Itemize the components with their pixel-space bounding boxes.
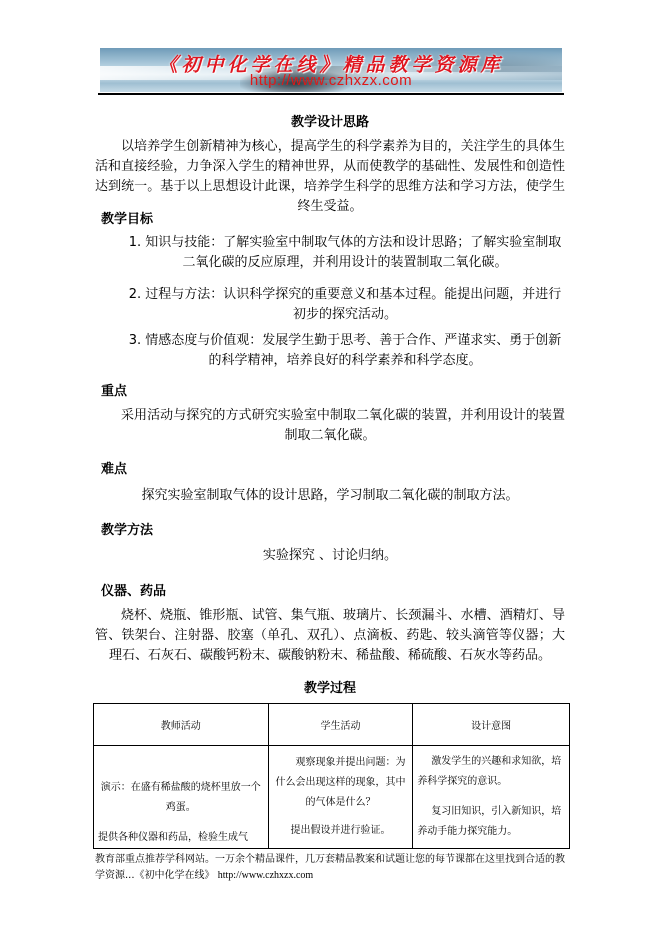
banner-url[interactable]: http://www.czhxzx.com: [100, 72, 562, 89]
column-header-intent: 设计意图: [413, 704, 570, 746]
student-activity-cell: 观察现象并提出问题：为什么会出现这样的现象，其中的气体是什么？ 提出假设并进行验…: [268, 746, 413, 849]
table-header-row: 教师活动 学生活动 设计意图: [94, 704, 570, 746]
difficulty-heading: 难点: [101, 458, 127, 477]
teacher-activity-line: 提供各种仪器和药品，检验生成气: [98, 828, 264, 848]
teacher-activity-line: 演示：在盛有稀盐酸的烧杯里放一个鸡蛋。: [98, 778, 264, 828]
site-banner: 《初中化学在线》精品教学资源库 http://www.czhxzx.com: [100, 48, 562, 92]
design-intent-cell: 激发学生的兴趣和求知欲，培养科学探究的意识。 复习旧知识，引入新知识，培养动手能…: [413, 746, 570, 849]
materials-text: 烧杯、烧瓶、锥形瓶、试管、集气瓶、玻璃片、长颈漏斗、水槽、酒精灯、导管、铁架台、…: [95, 606, 565, 666]
difficulty-text: 探究实验室制取气体的设计思路，学习制取二氧化碳的制取方法。: [95, 486, 565, 506]
objective-number: 2.: [129, 287, 141, 302]
design-intent-line: 激发学生的兴趣和求知欲，培养科学探究的意识。: [417, 752, 565, 792]
method-text: 实验探究 、讨论归纳。: [95, 546, 565, 566]
process-heading: 教学过程: [95, 677, 565, 696]
objective-item-3: 3. 情感态度与价值观：发展学生勤于思考、善于合作、严谨求实、勇于创新的科学精神…: [125, 331, 565, 371]
teacher-activity-cell: 演示：在盛有稀盐酸的烧杯里放一个鸡蛋。 提供各种仪器和药品，检验生成气: [94, 746, 269, 849]
key-point-heading: 重点: [101, 380, 127, 399]
objective-text: 过程与方法：认识科学探究的重要意义和基本过程。能提出问题，并进行初步的探究活动。: [145, 287, 561, 322]
objectives-heading: 教学目标: [101, 208, 153, 227]
banner-divider: [98, 93, 564, 95]
column-header-student: 学生活动: [268, 704, 413, 746]
table-row: 演示：在盛有稀盐酸的烧杯里放一个鸡蛋。 提供各种仪器和药品，检验生成气 观察现象…: [94, 746, 570, 849]
column-header-teacher: 教师活动: [94, 704, 269, 746]
objective-number: 1.: [129, 235, 141, 250]
method-heading: 教学方法: [101, 519, 153, 538]
objective-item-2: 2. 过程与方法：认识科学探究的重要意义和基本过程。能提出问题，并进行初步的探究…: [125, 285, 565, 325]
student-activity-line: 观察现象并提出问题：为什么会出现这样的现象，其中的气体是什么？: [273, 753, 409, 813]
design-idea-text: 以培养学生创新精神为核心，提高学生的科学素养为目的，关注学生的具体生活和直接经验…: [95, 137, 565, 217]
process-table: 教师活动 学生活动 设计意图 演示：在盛有稀盐酸的烧杯里放一个鸡蛋。 提供各种仪…: [93, 703, 570, 849]
design-intent-line: 复习旧知识，引入新知识，培养动手能力探究能力。: [417, 792, 565, 842]
objective-text: 知识与技能：了解实验室中制取气体的方法和设计思路；了解实验室制取二氧化碳的反应原…: [145, 235, 561, 270]
footer-url-link[interactable]: http://www.czhxzx.com: [218, 870, 313, 881]
key-point-text: 采用活动与探究的方式研究实验室中制取二氧化碳的装置，并利用设计的装置制取二氧化碳…: [95, 406, 565, 446]
page-footer: 教育部重点推荐学科网站。一万余个精品课件，几万套精品教案和试题让您的每节课都在这…: [95, 852, 565, 884]
objective-item-1: 1. 知识与技能：了解实验室中制取气体的方法和设计思路；了解实验室制取二氧化碳的…: [125, 233, 565, 273]
student-activity-line: 提出假设并进行验证。: [273, 813, 409, 841]
objective-text: 情感态度与价值观：发展学生勤于思考、善于合作、严谨求实、勇于创新的科学精神，培养…: [145, 333, 561, 368]
design-idea-heading: 教学设计思路: [95, 111, 565, 130]
materials-heading: 仪器、药品: [101, 580, 166, 599]
objective-number: 3.: [129, 333, 141, 348]
footer-text: 教育部重点推荐学科网站。一万余个精品课件，几万套精品教案和试题让您的每节课都在这…: [95, 854, 565, 881]
